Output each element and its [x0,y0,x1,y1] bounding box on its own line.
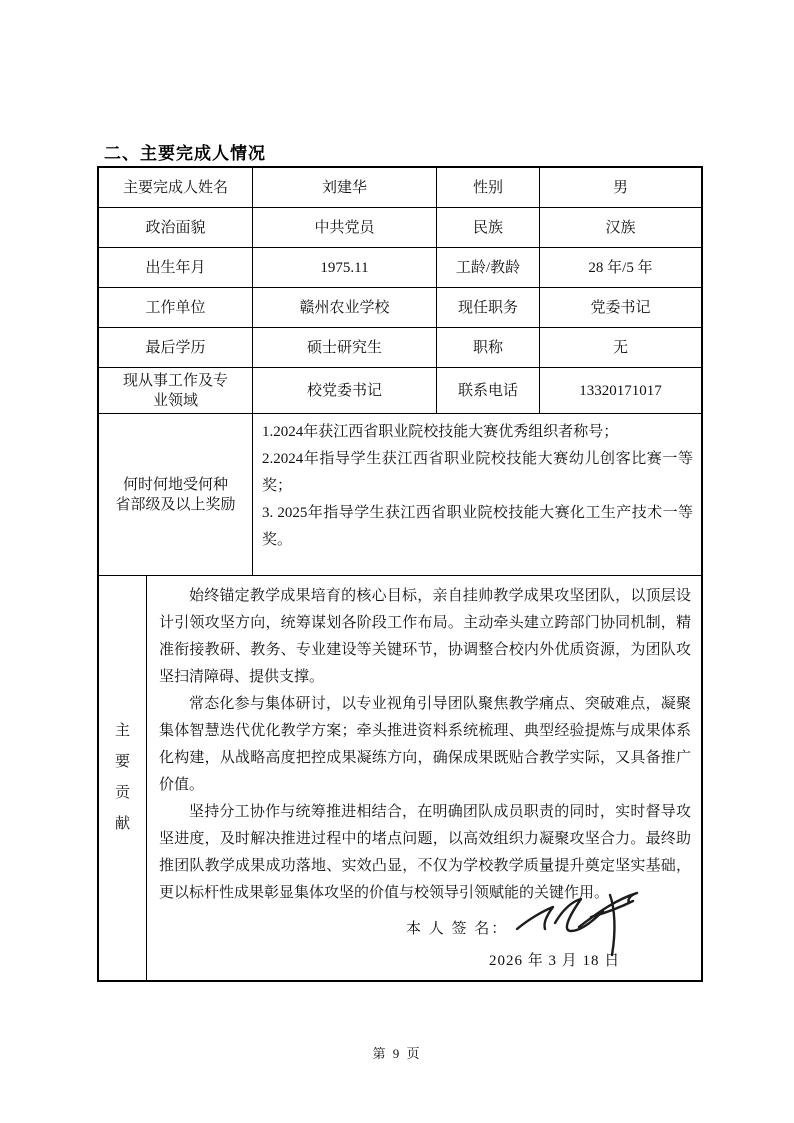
completer-info-table: 主要完成人姓名 刘建华 性别 男 政治面貌 中共党员 民族 汉族 出生年月 19… [97,166,703,982]
field-value-gender: 男 [540,168,701,207]
field-label-gender: 性别 [437,168,540,207]
field-label-name: 主要完成人姓名 [99,168,253,207]
table-row: 政治面貌 中共党员 民族 汉族 [99,208,701,248]
table-row: 最后学历 硕士研究生 职称 无 [99,328,701,368]
awards-row: 何时何地受何种 省部级及以上奖励 1.2024年获江西省职业院校技能大赛优秀组织… [99,414,701,576]
signature-block: 本 人 签 名： 2026 年 3 月 18 日 [159,907,691,979]
field-value-current-work-field: 校党委书记 [253,368,437,413]
field-label-title: 职称 [437,328,540,367]
field-value-phone: 13320171017 [540,368,701,413]
field-value-seniority: 28 年/5 年 [540,248,701,287]
field-label-awards: 何时何地受何种 省部级及以上奖励 [99,414,253,575]
table-row: 现从事工作及专 业领域 校党委书记 联系电话 13320171017 [99,368,701,414]
contribution-paragraph: 常态化参与集体研讨，以专业视角引导团队聚焦教学痛点、突破难点，凝聚集体智慧迭代优… [159,691,691,799]
signature-label: 本 人 签 名： [406,919,508,939]
award-item: 1.2024年获江西省职业院校技能大赛优秀组织者称号； [262,419,693,446]
table-row: 出生年月 1975.11 工龄/教龄 28 年/5 年 [99,248,701,288]
field-value-birth-date: 1975.11 [253,248,437,287]
contribution-content: 始终锚定教学成果培育的核心目标，亲自挂帅教学成果攻坚团队，以顶层设计引领攻坚方向… [147,576,701,980]
contribution-paragraph: 始终锚定教学成果培育的核心目标，亲自挂帅教学成果攻坚团队，以顶层设计引领攻坚方向… [159,583,691,691]
field-label-political-status: 政治面貌 [99,208,253,247]
field-label-education: 最后学历 [99,328,253,367]
field-label-main-contribution: 主 要 贡 献 [99,576,147,980]
award-item: 2.2024年指导学生获江西省职业院校技能大赛幼儿创客比赛一等奖； [262,446,693,500]
award-item: 3. 2025年指导学生获江西省职业院校技能大赛化工生产技术一等奖。 [262,500,693,554]
field-label-current-position: 现任职务 [437,288,540,327]
document-page: 二、主要完成人情况 主要完成人姓名 刘建华 性别 男 政治面貌 中共党员 民族 … [0,0,794,1123]
field-label-work-unit: 工作单位 [99,288,253,327]
signature-date: 2026 年 3 月 18 日 [489,951,620,971]
field-label-current-work-field: 现从事工作及专 业领域 [99,368,253,413]
table-row: 主要完成人姓名 刘建华 性别 男 [99,168,701,208]
table-row: 工作单位 赣州农业学校 现任职务 党委书记 [99,288,701,328]
field-value-name: 刘建华 [253,168,437,207]
field-label-seniority: 工龄/教龄 [437,248,540,287]
page-number: 第 9 页 [0,1043,794,1062]
field-label-birth-date: 出生年月 [99,248,253,287]
field-value-education: 硕士研究生 [253,328,437,367]
field-value-political-status: 中共党员 [253,208,437,247]
awards-content: 1.2024年获江西省职业院校技能大赛优秀组织者称号； 2.2024年指导学生获… [253,414,701,575]
field-value-ethnicity: 汉族 [540,208,701,247]
contribution-row: 主 要 贡 献 始终锚定教学成果培育的核心目标，亲自挂帅教学成果攻坚团队，以顶层… [99,576,701,980]
field-value-work-unit: 赣州农业学校 [253,288,437,327]
field-label-phone: 联系电话 [437,368,540,413]
field-value-current-position: 党委书记 [540,288,701,327]
field-label-ethnicity: 民族 [437,208,540,247]
section-title: 二、主要完成人情况 [104,139,266,164]
field-value-title: 无 [540,328,701,367]
